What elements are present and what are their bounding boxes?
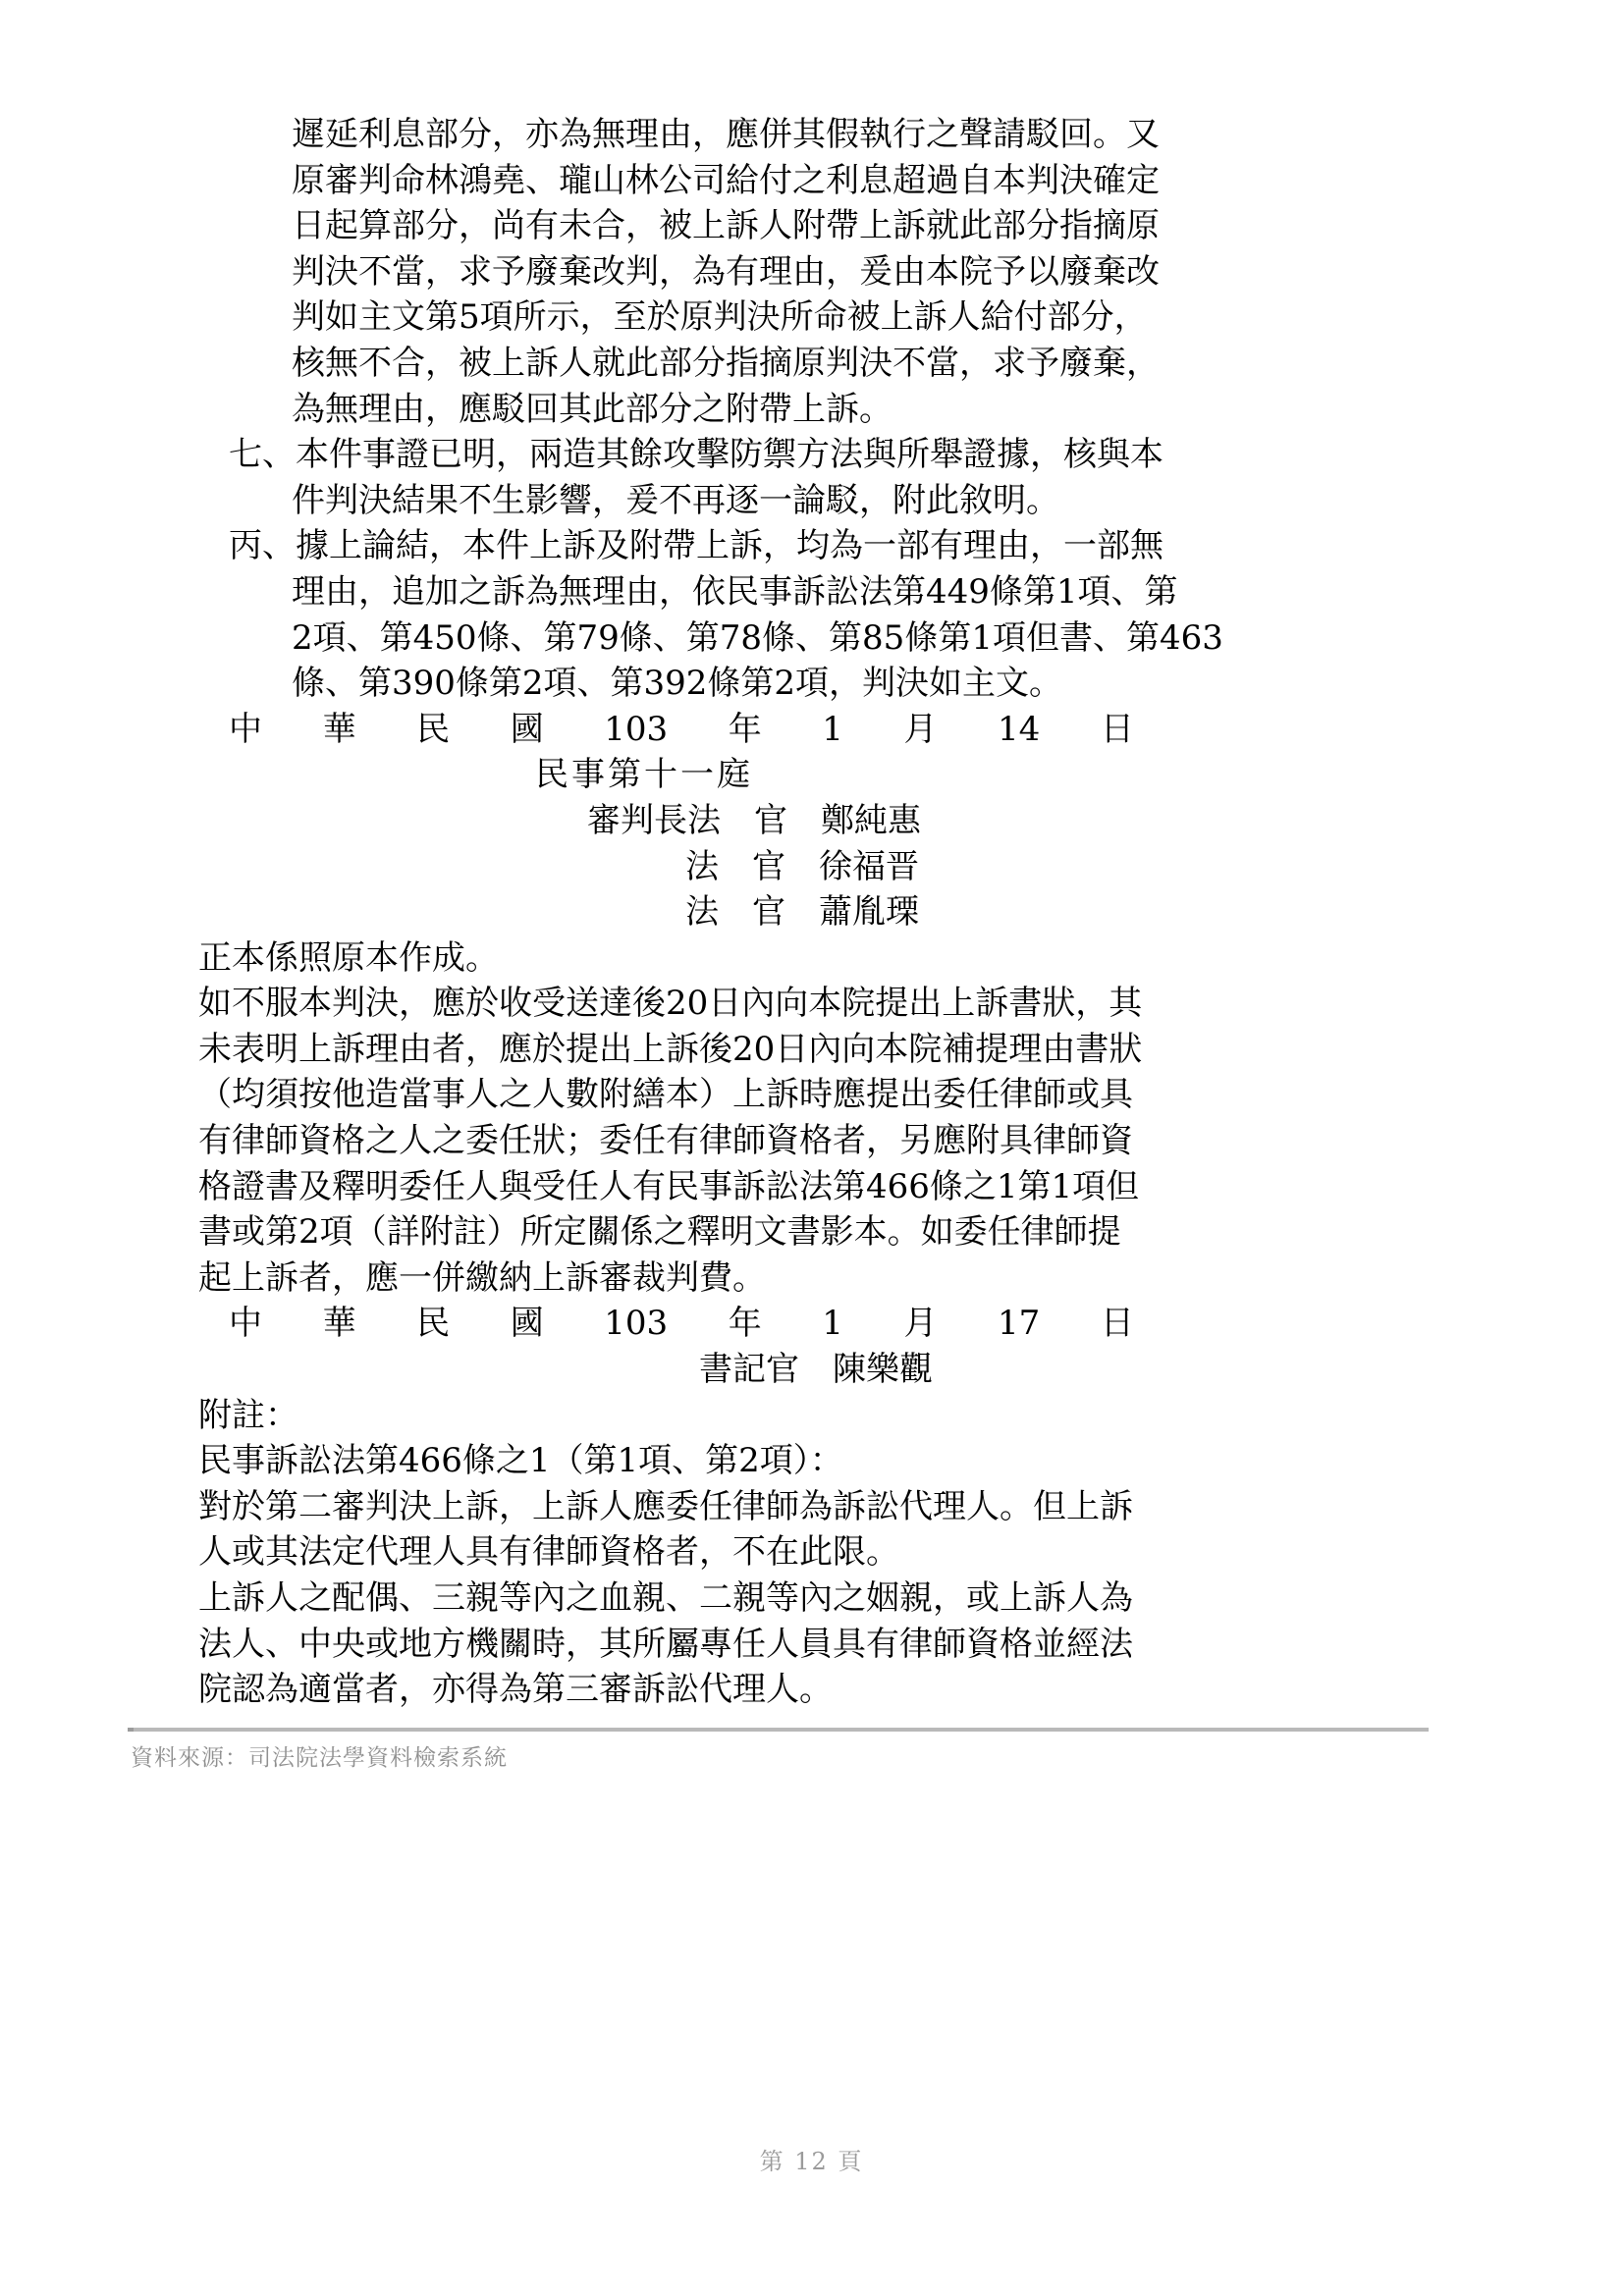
page-number: 第 12 頁 bbox=[0, 2142, 1623, 2176]
date-line: 中華民國103年1月14日 bbox=[229, 707, 1134, 753]
document-line: 原審判命林鴻堯、瓏山林公司給付之利息超過自本判決確定 bbox=[0, 158, 1623, 204]
document-line: 書或第2項（詳附註）所定關係之釋明文書影本。如委任律師提 bbox=[0, 1209, 1623, 1255]
document-line: 條、第390條第2項、第392條第2項，判決如主文。 bbox=[0, 661, 1623, 707]
date-token: 1 bbox=[822, 707, 843, 753]
date-token: 中 bbox=[229, 1301, 262, 1347]
date-token: 年 bbox=[729, 707, 762, 753]
judge-signature-line: 法 官 徐福晋 bbox=[0, 844, 1623, 890]
date-token: 中 bbox=[229, 707, 262, 753]
document-line: 日起算部分，尚有未合，被上訴人附帶上訴就此部分指摘原 bbox=[0, 203, 1623, 249]
document-line: 七、本件事證已明，兩造其餘攻擊防禦方法與所舉證據，核與本 bbox=[0, 432, 1623, 478]
document-line: 上訴人之配偶、三親等內之血親、二親等內之姻親，或上訴人為 bbox=[0, 1575, 1623, 1622]
document-line: 判如主文第5項所示，至於原判決所命被上訴人給付部分， bbox=[0, 294, 1623, 341]
date-token: 年 bbox=[729, 1301, 762, 1347]
document-line: 對於第二審判決上訴，上訴人應委任律師為訴訟代理人。但上訴 bbox=[0, 1484, 1623, 1530]
document-line: 正本係照原本作成。 bbox=[0, 935, 1623, 982]
clerk-signature-line: 書記官 陳樂觀 bbox=[0, 1347, 1623, 1393]
date-token: 月 bbox=[903, 707, 937, 753]
document-line: 人或其法定代理人具有律師資格者，不在此限。 bbox=[0, 1529, 1623, 1575]
judge-signature-line: 法 官 蕭胤瑮 bbox=[0, 889, 1623, 935]
date-token: 日 bbox=[1101, 1301, 1134, 1347]
document-line: 如不服本判決，應於收受送達後20日內向本院提出上訴書狀，其 bbox=[0, 981, 1623, 1027]
document-line: 核無不合，被上訴人就此部分指摘原判決不當，求予廢棄， bbox=[0, 341, 1623, 387]
date-token: 民 bbox=[416, 707, 450, 753]
document-line: 有律師資格之人之委任狀；委任有律師資格者，另應附具律師資 bbox=[0, 1118, 1623, 1164]
document-line: 民事訴訟法第466條之1（第1項、第2項）： bbox=[0, 1438, 1623, 1484]
date-line: 中華民國103年1月17日 bbox=[229, 1301, 1134, 1347]
document-line: 為無理由，應駁回其此部分之附帶上訴。 bbox=[0, 387, 1623, 433]
date-token: 14 bbox=[998, 707, 1040, 753]
date-token: 1 bbox=[822, 1301, 843, 1347]
judge-signature-line: 審判長法 官 鄭純惠 bbox=[0, 798, 1623, 844]
judgment-body: 遲延利息部分，亦為無理由，應併其假執行之聲請駁回。又原審判命林鴻堯、瓏山林公司給… bbox=[0, 112, 1623, 1713]
footer-divider bbox=[128, 1728, 1429, 1732]
document-line: 件判決結果不生影響，爰不再逐一論駁，附此敘明。 bbox=[0, 478, 1623, 524]
date-token: 民 bbox=[416, 1301, 450, 1347]
document-line: 遲延利息部分，亦為無理由，應併其假執行之聲請駁回。又 bbox=[0, 112, 1623, 158]
date-token: 103 bbox=[604, 1301, 668, 1347]
date-token: 華 bbox=[323, 707, 356, 753]
document-line: 法人、中央或地方機關時，其所屬專任人員具有律師資格並經法 bbox=[0, 1622, 1623, 1668]
date-token: 國 bbox=[511, 1301, 544, 1347]
document-line: 附註： bbox=[0, 1393, 1623, 1439]
court-division-line: 民事第十一庭 bbox=[0, 752, 1623, 798]
source-note: 資料來源：司法院法學資料檢索系統 bbox=[131, 1739, 508, 1772]
document-line: （均須按他造當事人之人數附繕本）上訴時應提出委任律師或具 bbox=[0, 1072, 1623, 1118]
date-token: 月 bbox=[903, 1301, 937, 1347]
date-token: 103 bbox=[604, 707, 668, 753]
judgment-page: 遲延利息部分，亦為無理由，應併其假執行之聲請駁回。又原審判命林鴻堯、瓏山林公司給… bbox=[0, 0, 1623, 2296]
document-line: 院認為適當者，亦得為第三審訴訟代理人。 bbox=[0, 1667, 1623, 1713]
document-line: 丙、據上論結，本件上訴及附帶上訴，均為一部有理由，一部無 bbox=[0, 523, 1623, 569]
date-token: 華 bbox=[323, 1301, 356, 1347]
document-line: 格證書及釋明委任人與受任人有民事訴訟法第466條之1第1項但 bbox=[0, 1164, 1623, 1210]
document-line: 理由，追加之訴為無理由，依民事訴訟法第449條第1項、第 bbox=[0, 569, 1623, 615]
document-line: 未表明上訴理由者，應於提出上訴後20日內向本院補提理由書狀 bbox=[0, 1027, 1623, 1073]
date-token: 國 bbox=[511, 707, 544, 753]
date-token: 日 bbox=[1101, 707, 1134, 753]
document-line: 起上訴者，應一併繳納上訴審裁判費。 bbox=[0, 1255, 1623, 1302]
document-line: 判決不當，求予廢棄改判，為有理由，爰由本院予以廢棄改 bbox=[0, 249, 1623, 295]
date-token: 17 bbox=[998, 1301, 1040, 1347]
document-line: 2項、第450條、第79條、第78條、第85條第1項但書、第463 bbox=[0, 615, 1623, 662]
